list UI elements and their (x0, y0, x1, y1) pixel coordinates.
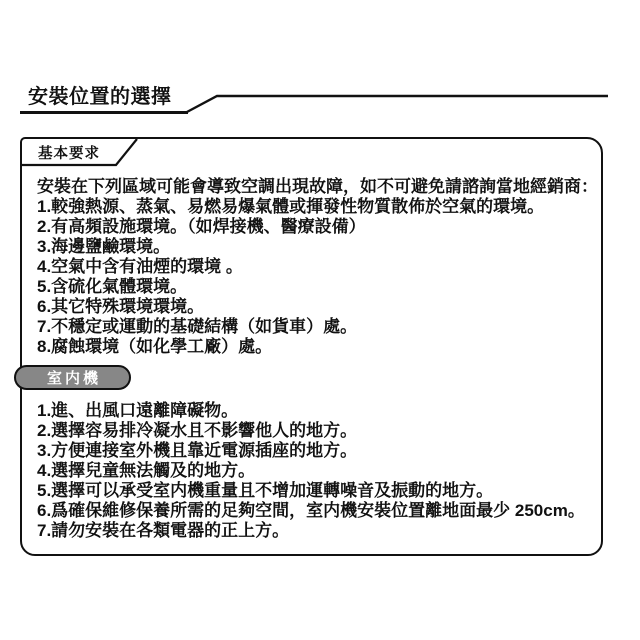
list-item: 6.爲確保維修保養所需的足夠空間，室内機安裝位置離地面最少 250cm。 (37, 501, 585, 521)
basic-requirements-tab-label: 基本要求 (38, 142, 100, 163)
list-item: 4.空氣中含有油煙的環境 。 (37, 257, 598, 277)
indoor-unit-section: 1.進、出風口遠離障礙物。 2.選擇容易排冷凝水且不影響他人的地方。 3.方便連… (37, 401, 585, 541)
list-item: 4.選擇兒童無法觸及的地方。 (37, 461, 585, 481)
list-item: 2.有高頻設施環境。（如焊接機、醫療設備） (37, 217, 598, 237)
list-item: 6.其它特殊環境環境。 (37, 297, 598, 317)
list-item: 5.含硫化氣體環境。 (37, 277, 598, 297)
indoor-unit-badge: 室内機 (14, 365, 131, 390)
manual-page: 安裝位置的選擇 基本要求 安裝在下列區域可能會導致空調出現故障，如不可避免請諮詢… (0, 0, 640, 640)
list-item: 8.腐蝕環境（如化學工廠）處。 (37, 337, 598, 357)
list-item: 3.海邊鹽鹼環境。 (37, 237, 598, 257)
list-item: 2.選擇容易排冷凝水且不影響他人的地方。 (37, 421, 585, 441)
list-item: 1.較強熱源、蒸氣、易燃易爆氣體或揮發性物質散佈於空氣的環境。 (37, 197, 598, 217)
basic-requirements-section: 安裝在下列區域可能會導致空調出現故障，如不可避免請諮詢當地經銷商： 1.較強熱源… (37, 177, 598, 357)
basic-intro-text: 安裝在下列區域可能會導致空調出現故障，如不可避免請諮詢當地經銷商： (37, 177, 598, 197)
list-item: 7.不穩定或運動的基礎結構（如貨車）處。 (37, 317, 598, 337)
indoor-unit-badge-label: 室内機 (44, 367, 101, 388)
list-item: 5.選擇可以承受室内機重量且不增加運轉噪音及振動的地方。 (37, 481, 585, 501)
list-item: 7.請勿安裝在各類電器的正上方。 (37, 521, 585, 541)
title-underline-rule (0, 0, 640, 130)
list-item: 1.進、出風口遠離障礙物。 (37, 401, 585, 421)
list-item: 3.方便連接室外機且靠近電源插座的地方。 (37, 441, 585, 461)
